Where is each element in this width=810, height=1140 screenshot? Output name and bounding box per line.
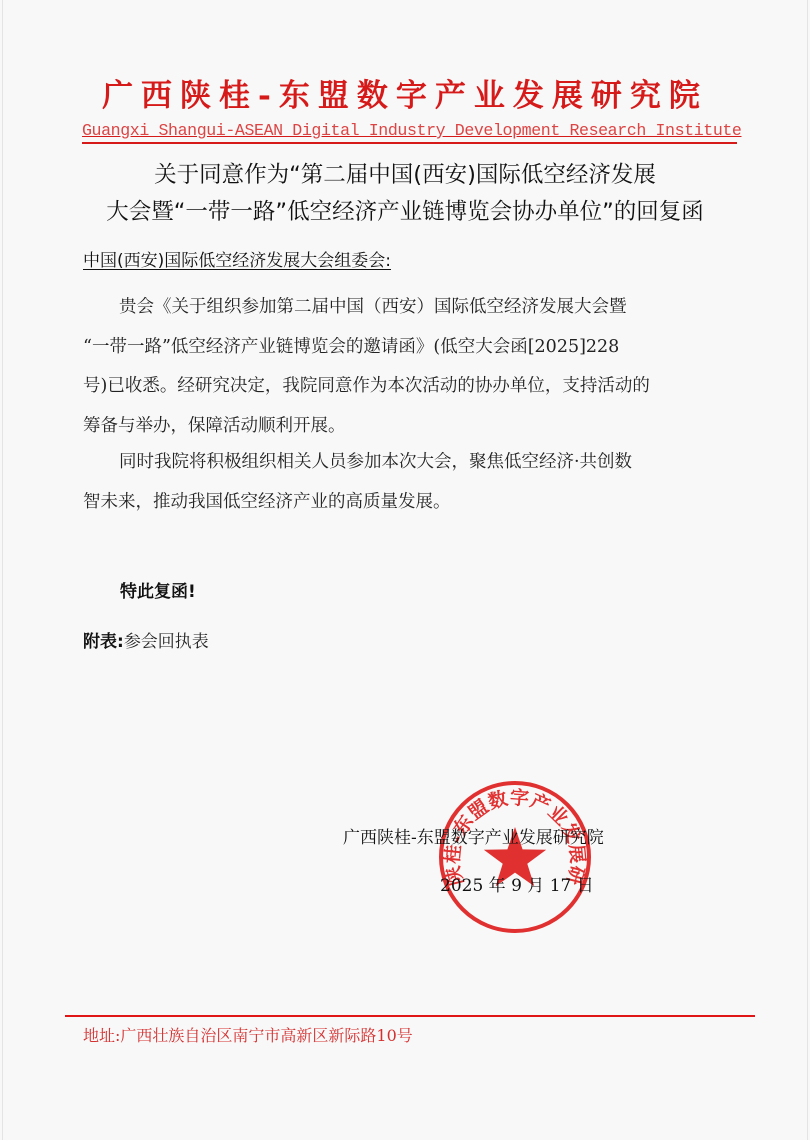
document-title-line-2: 大会暨“一带一路”低空经济产业链博览会协办单位”的回复函 xyxy=(0,197,810,227)
body-paragraph-2: 同时我院将积极组织相关人员参加本次大会，聚焦低空经济·共创数 智未来，推动我国低… xyxy=(83,443,738,522)
paragraph-line: 贵会《关于组织参加第二届中国（西安）国际低空经济发展大会暨 xyxy=(83,288,738,328)
signing-organization: 广西陕桂-东盟数字产业发展研究院 xyxy=(343,826,604,850)
paragraph-line: “一带一路”低空经济产业链博览会的邀请函》(低空大会函[2025]228 xyxy=(83,328,738,368)
footer-address: 地址:广西壮族自治区南宁市高新区新际路10号 xyxy=(83,1025,413,1047)
paragraph-line: 同时我院将积极组织相关人员参加本次大会，聚焦低空经济·共创数 xyxy=(83,443,738,483)
red-star-seal-icon: 广西陕桂-东盟数字产业发展研究院 xyxy=(437,779,593,935)
document-title-line-1: 关于同意作为“第二届中国(西安)国际低空经济发展 xyxy=(0,160,810,190)
signing-date: 2025 年 9 月 17 日 xyxy=(440,874,594,898)
letterhead-org-name-cn: 广西陕桂-东盟数字产业发展研究院 xyxy=(0,76,810,116)
salutation: 中国(西安)国际低空经济发展大会组委会: xyxy=(83,249,391,273)
body-paragraph-1: 贵会《关于组织参加第二届中国（西安）国际低空经济发展大会暨 “一带一路”低空经济… xyxy=(83,288,738,446)
attachment-label: 附表: xyxy=(83,632,124,652)
letterhead-divider xyxy=(82,142,737,144)
paragraph-line: 筹备与举办，保障活动顺利开展。 xyxy=(83,407,738,447)
paragraph-line: 智未来，推动我国低空经济产业的高质量发展。 xyxy=(83,483,738,523)
paragraph-line: 号)已收悉。经研究决定，我院同意作为本次活动的协办单位，支持活动的 xyxy=(83,367,738,407)
footer-divider xyxy=(65,1015,755,1017)
attachment-value: 参会回执表 xyxy=(124,632,209,652)
letterhead-org-name-en: Guangxi Shangui-ASEAN Digital Industry D… xyxy=(82,120,737,142)
closing-remark: 特此复函! xyxy=(120,580,196,604)
attachment-note: 附表:参会回执表 xyxy=(83,630,209,654)
